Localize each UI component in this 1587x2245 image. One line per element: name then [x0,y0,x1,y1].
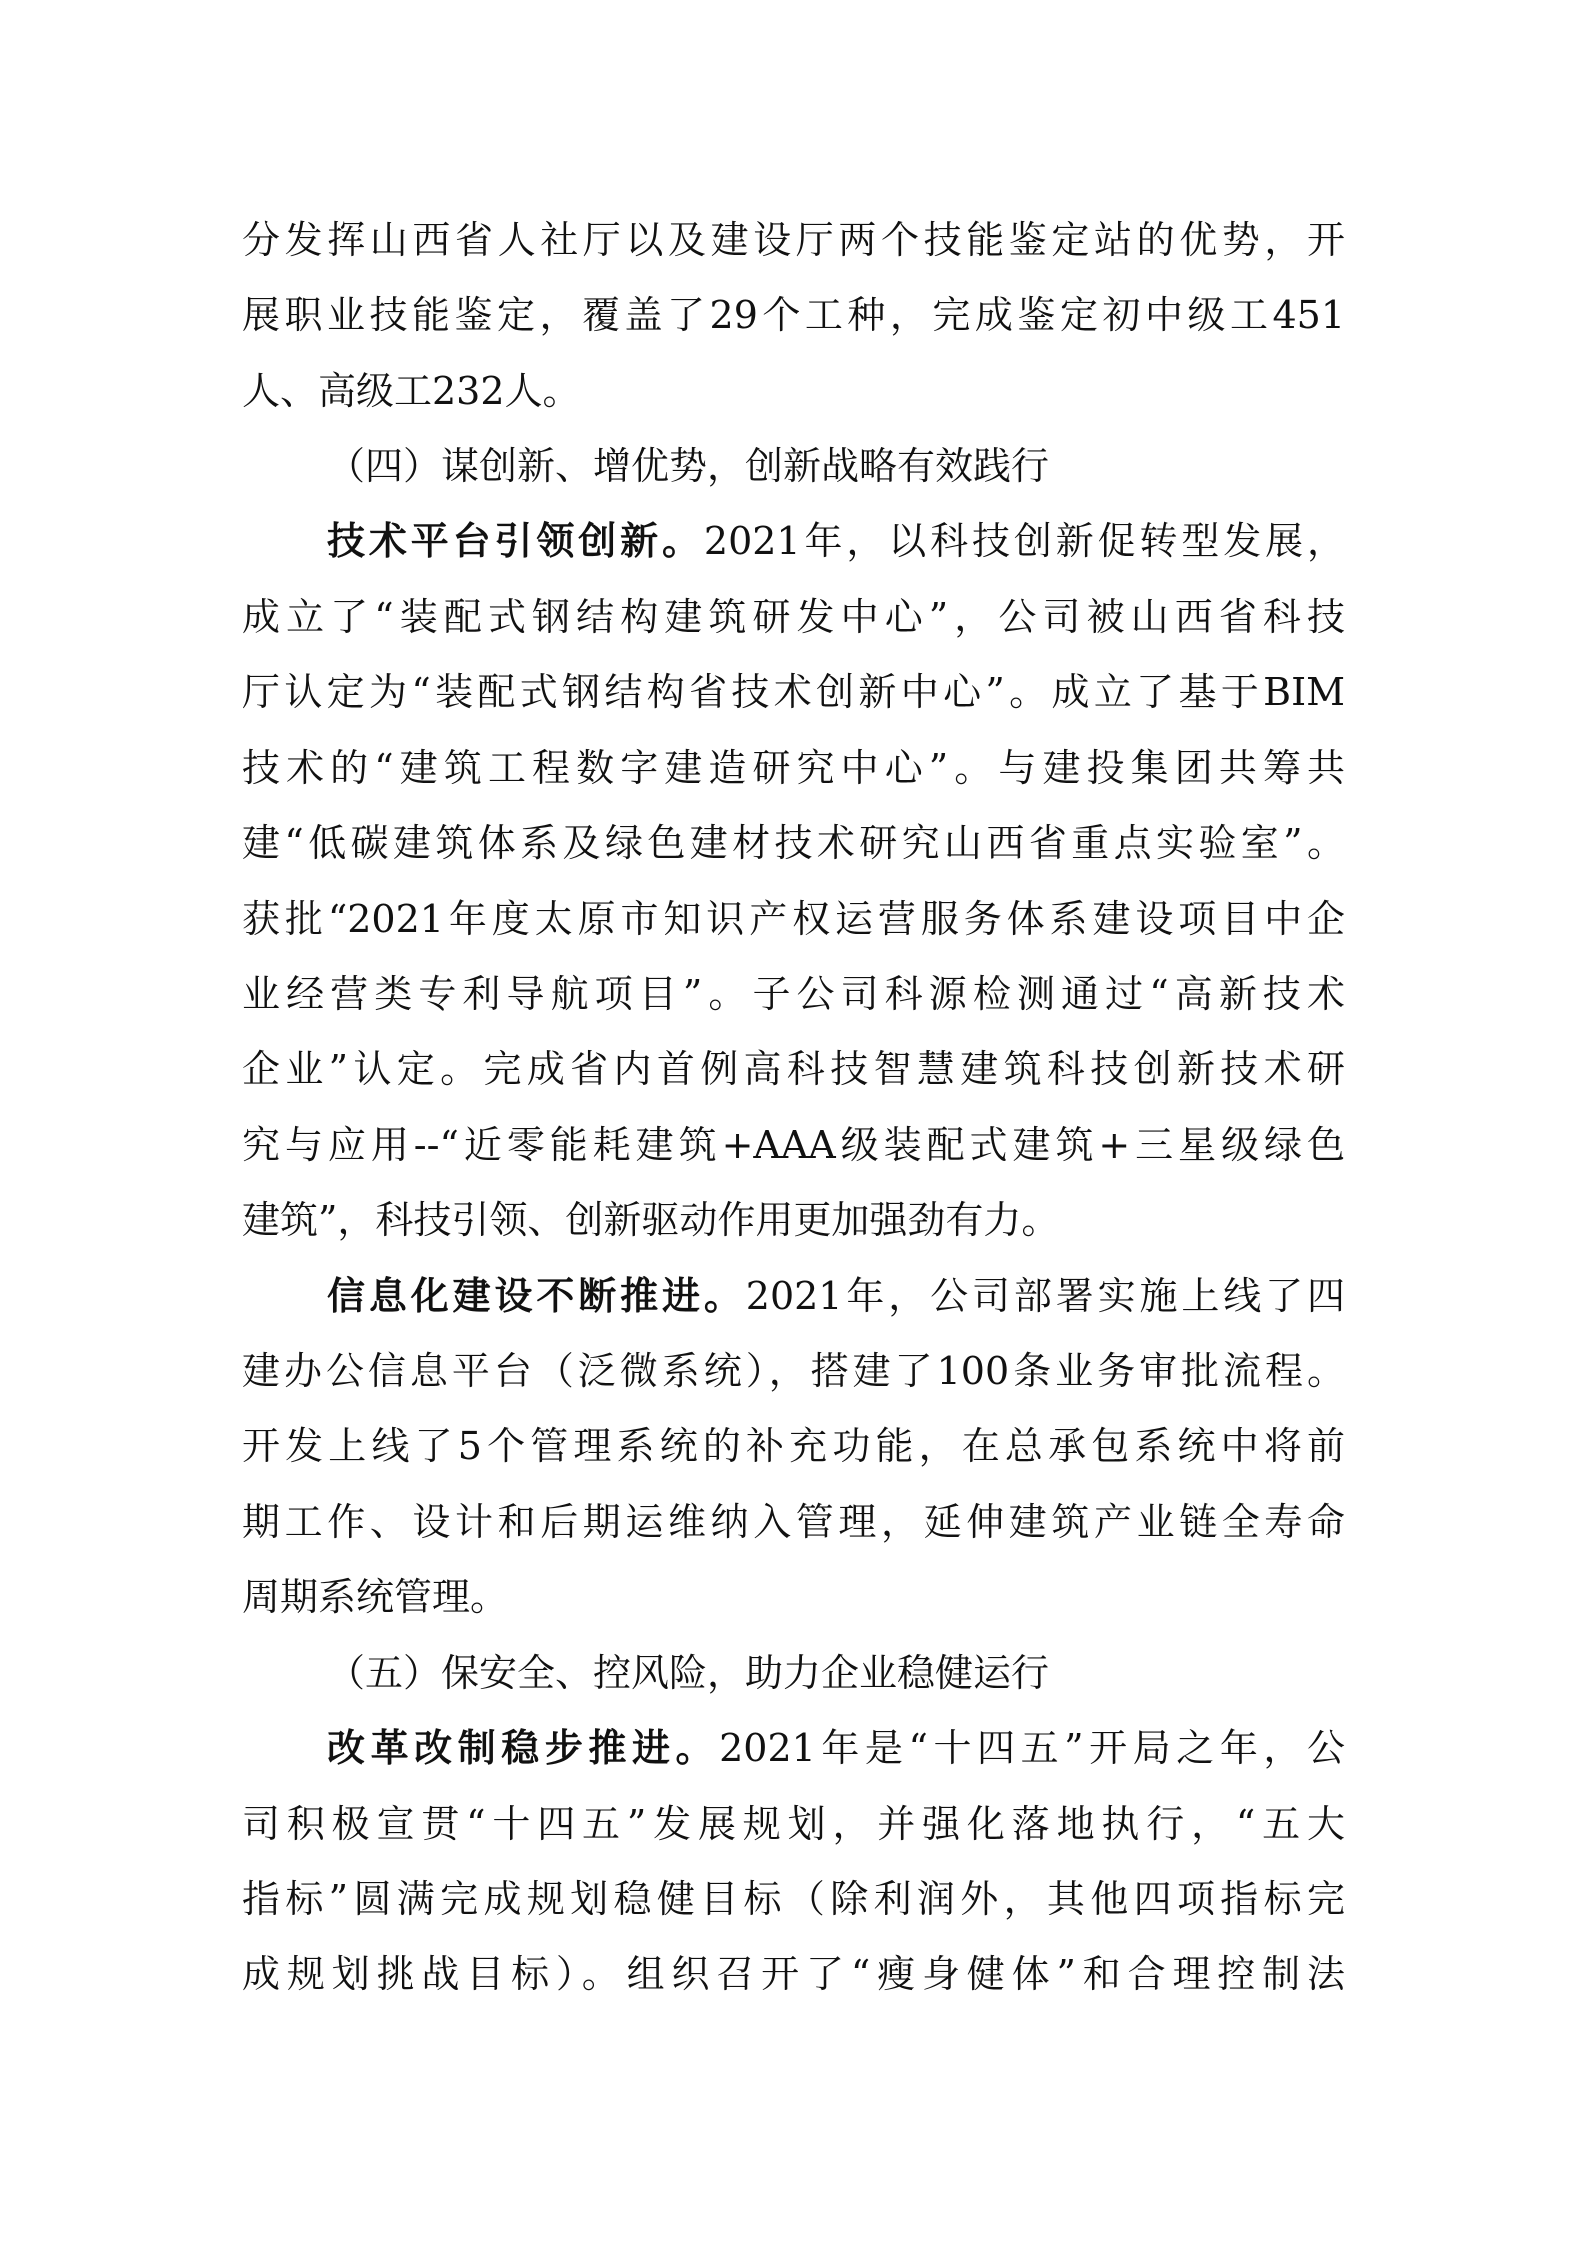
body-line: 司积极宣贯“十四五”发展规划，并强化落地执行，“五大 [242,1799,1345,1849]
paragraph-text: 2021年，以科技创新促转型发展， [704,519,1345,563]
body-line: 人、高级工232人。 [242,366,1345,416]
body-line: 开发上线了5个管理系统的补充功能，在总承包系统中将前 [242,1421,1345,1471]
paragraph-lead: 信息化建设不断推进。 [327,1273,746,1318]
paragraph-text: 2021年是“十四五”开局之年，公 [719,1726,1345,1770]
body-line: 建办公信息平台（泛微系统），搭建了100条业务审批流程。 [242,1346,1345,1396]
body-line: 业经营类专利导航项目”。子公司科源检测通过“高新技术 [242,969,1345,1019]
section-heading-5: （五）保安全、控风险，助力企业稳健运行 [327,1648,1049,1698]
paragraph-first-line: 技术平台引领创新。2021年，以科技创新促转型发展， [327,516,1345,566]
body-line: 展职业技能鉴定，覆盖了29个工种，完成鉴定初中级工451 [242,290,1345,340]
body-line: 期工作、设计和后期运维纳入管理，延伸建筑产业链全寿命 [242,1497,1345,1547]
paragraph-lead: 改革改制稳步推进。 [327,1725,719,1770]
body-line: 技术的“建筑工程数字建造研究中心”。与建投集团共筹共 [242,743,1345,793]
section-heading-4: （四）谋创新、增优势，创新战略有效践行 [327,441,1049,491]
paragraph-text: 2021年，公司部署实施上线了四 [746,1274,1345,1318]
body-line: 企业”认定。完成省内首例高科技智慧建筑科技创新技术研 [242,1044,1345,1094]
paragraph-lead: 技术平台引领创新。 [327,518,704,563]
body-line: 获批“2021年度太原市知识产权运营服务体系建设项目中企 [242,894,1345,944]
paragraph-first-line: 改革改制稳步推进。2021年是“十四五”开局之年，公 [327,1723,1345,1773]
body-line: 周期系统管理。 [242,1572,1345,1622]
body-line: 成规划挑战目标）。组织召开了“瘦身健体”和合理控制法 [242,1949,1345,1999]
document-page: 分发挥山西省人社厅以及建设厅两个技能鉴定站的优势，开 展职业技能鉴定，覆盖了29… [0,0,1587,2245]
body-line: 厅认定为“装配式钢结构省技术创新中心”。成立了基于BIM [242,667,1345,717]
body-line: 建“低碳建筑体系及绿色建材技术研究山西省重点实验室”。 [242,818,1345,868]
body-line: 成立了“装配式钢结构建筑研发中心”，公司被山西省科技 [242,592,1345,642]
body-line: 分发挥山西省人社厅以及建设厅两个技能鉴定站的优势，开 [242,215,1345,265]
paragraph-first-line: 信息化建设不断推进。2021年，公司部署实施上线了四 [327,1271,1345,1321]
body-line: 指标”圆满完成规划稳健目标（除利润外，其他四项指标完 [242,1874,1345,1924]
body-line: 建筑”，科技引领、创新驱动作用更加强劲有力。 [242,1195,1345,1245]
body-line: 究与应用--“近零能耗建筑+AAA级装配式建筑+三星级绿色 [242,1120,1345,1170]
